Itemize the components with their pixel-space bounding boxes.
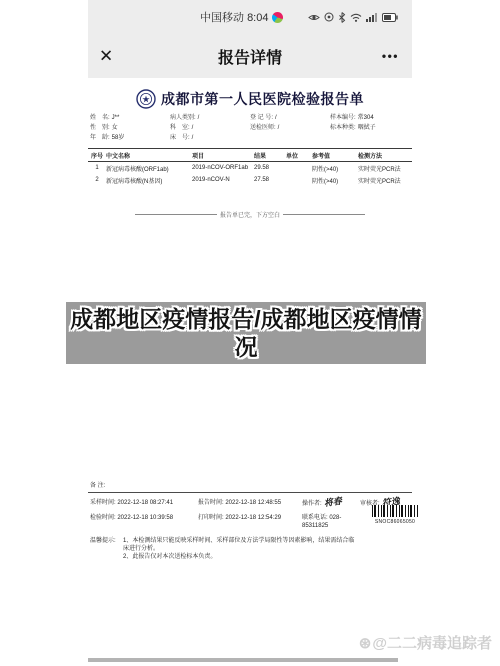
status-icons <box>308 12 398 23</box>
patient-field: 性 别:女 <box>90 124 170 132</box>
sample-time: 采样时间: 2022-12-18 08:27:41 <box>90 499 198 507</box>
test-time: 检验时间: 2022-12-18 10:39:58 <box>90 514 198 522</box>
table-header-row: 序号 中文名称 项目 结果 单位 参考值 检测方法 <box>88 149 412 162</box>
table-cell: 实时荧光PCR法 <box>358 174 412 186</box>
divider-line <box>283 214 365 215</box>
bluetooth-icon <box>338 12 346 23</box>
hospital-report-title: 成都市第一人民医院检验报告单 <box>161 89 364 109</box>
overlay-title-band: 成都地区疫情报告/成都地区疫情情况 <box>66 302 426 364</box>
status-bar: 中国移动 8:04 <box>88 0 412 34</box>
screenshot-bottom-bar <box>88 658 398 662</box>
note-label: 备 注: <box>90 482 412 490</box>
report-header: 成都市第一人民医院检验报告单 <box>88 89 412 109</box>
tip-line: 2、此报告仅对本次送检标本负责。 <box>123 553 360 561</box>
close-icon[interactable]: ✕ <box>99 48 113 65</box>
page-title: 报告详情 <box>218 45 282 68</box>
patient-field: 送检医师:/ <box>250 124 330 132</box>
patient-info: 姓 名:J** 病人类别:/ 登 记 号:/ 样本编号:常304 性 别:女 科… <box>90 114 412 142</box>
table-header-cell: 中文名称 <box>106 149 192 162</box>
patient-field: 登 记 号:/ <box>250 114 330 122</box>
table-header-cell: 结果 <box>254 149 286 162</box>
report-end-text: 报告单已完，下方空白 <box>220 210 280 219</box>
table-header-cell: 参考值 <box>312 149 358 162</box>
hospital-seal-logo <box>136 89 156 109</box>
tips-block: 温馨提示: 1、本检测结果只能反映采样时间、采样部位及方法学局限性等因素影响，结… <box>88 537 360 561</box>
watermark: ⊛ @二二病毒追踪者 <box>359 632 492 653</box>
table-cell: 实时荧光PCR法 <box>358 162 412 175</box>
patient-field: 年 龄:58岁 <box>90 134 170 142</box>
results-table: 序号 中文名称 项目 结果 单位 参考值 检测方法 1 新冠病毒核酸(ORF1a… <box>88 148 412 186</box>
table-cell: 阴性(>40) <box>312 174 358 186</box>
report-footer: 备 注: 采样时间: 2022-12-18 08:27:41 报告时间: 202… <box>88 482 412 561</box>
sync-icon <box>272 12 283 23</box>
table-cell: 新冠病毒核酸(ORF1ab) <box>106 162 192 175</box>
patient-field: 标本种类:咽拭子 <box>330 124 412 132</box>
tips-text: 1、本检测结果只能反映采样时间、采样部位及方法学局限性等因素影响，结果需结合临床… <box>123 537 360 561</box>
table-header-cell: 序号 <box>88 149 106 162</box>
footer-row: 采样时间: 2022-12-18 08:27:41 报告时间: 2022-12-… <box>88 499 412 508</box>
table-cell <box>286 174 312 186</box>
nav-bar: ✕ 报告详情 ••• <box>88 34 412 78</box>
table-cell: 27.58 <box>254 174 286 186</box>
status-time: 8:04 <box>247 12 268 24</box>
table-cell: 新冠病毒核酸(N基因) <box>106 174 192 186</box>
cover-image: 中国移动 8:04 ✕ 报告详情 ••• 成都市第一人民医院检验报 <box>0 0 500 666</box>
table-header-cell: 检测方法 <box>358 149 412 162</box>
carrier-and-time: 中国移动 8:04 <box>200 9 268 25</box>
barcode-number: SNOC86065050 <box>372 518 418 526</box>
operator-signature: 将春 <box>323 498 342 508</box>
table-cell: 29.58 <box>254 162 286 175</box>
table-cell <box>286 162 312 175</box>
more-icon[interactable]: ••• <box>382 49 399 63</box>
overlay-title: 成都地区疫情报告/成都地区疫情情况 <box>66 305 426 361</box>
patient-field: 床 号:/ <box>170 134 250 142</box>
data-saver-icon <box>324 12 334 22</box>
patient-field: 科 室:/ <box>170 124 250 132</box>
carrier-label: 中国移动 <box>200 12 244 24</box>
wifi-icon <box>350 13 362 22</box>
print-time: 打印时间: 2022-12-18 12:54:29 <box>198 514 302 522</box>
tip-line: 1、本检测结果只能反映采样时间、采样部位及方法学局限性等因素影响，结果需结合临床… <box>123 537 360 553</box>
watermark-text: @二二病毒追踪者 <box>372 632 492 653</box>
signal-icon <box>366 12 378 22</box>
table-cell: 2019-nCOV-ORF1ab <box>192 162 254 175</box>
watermark-icon: ⊛ <box>359 634 372 652</box>
contact-phone: 联系电话: 028-85311825 <box>302 514 360 530</box>
operator: 操作者:将春 <box>302 499 360 508</box>
table-cell: 1 <box>88 162 106 175</box>
patient-field: 姓 名:J** <box>90 114 170 122</box>
divider-line <box>135 214 217 215</box>
footer-row: 检验时间: 2022-12-18 10:39:58 打印时间: 2022-12-… <box>88 514 412 530</box>
report-time: 报告时间: 2022-12-18 12:48:55 <box>198 499 302 507</box>
eye-icon <box>308 13 320 22</box>
table-cell: 2019-nCOV-N <box>192 174 254 186</box>
tips-label: 温馨提示: <box>90 537 123 561</box>
report-end-divider: 报告单已完，下方空白 <box>135 210 365 219</box>
barcode-icon <box>372 505 418 517</box>
barcode-block: SNOC86065050 <box>372 505 418 526</box>
table-header-cell: 项目 <box>192 149 254 162</box>
footer-divider-line <box>88 492 412 493</box>
table-row: 1 新冠病毒核酸(ORF1ab) 2019-nCOV-ORF1ab 29.58 … <box>88 162 412 175</box>
table-cell: 2 <box>88 174 106 186</box>
patient-field: 样本编号:常304 <box>330 114 412 122</box>
table-row: 2 新冠病毒核酸(N基因) 2019-nCOV-N 27.58 阴性(>40) … <box>88 174 412 186</box>
patient-field <box>250 134 330 142</box>
table-header-cell: 单位 <box>286 149 312 162</box>
patient-field: 病人类别:/ <box>170 114 250 122</box>
battery-icon <box>382 13 398 22</box>
table-cell: 阴性(>40) <box>312 162 358 175</box>
patient-field <box>330 134 412 142</box>
